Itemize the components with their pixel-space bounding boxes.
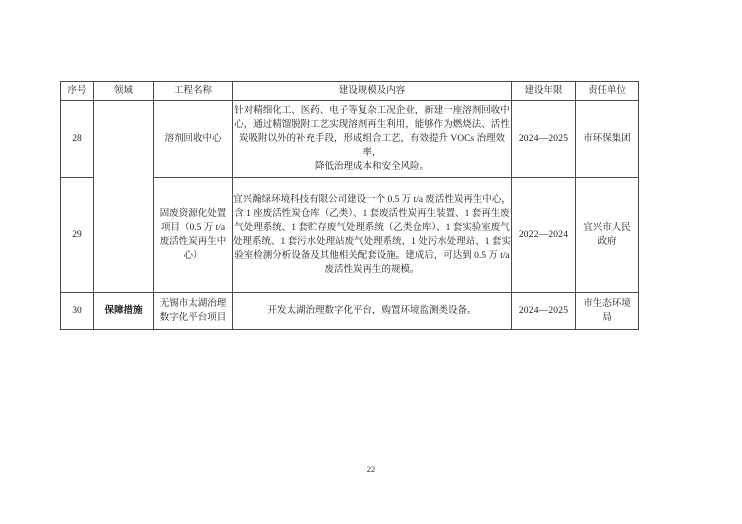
row28-field [94, 101, 154, 293]
row29-project: 固废资源化处置 项目（0.5 万 t/a 废活性炭再生中 心） [154, 178, 233, 293]
row30-field: 保障措施 [94, 293, 154, 330]
table-header-row: 序号 领域 工程名称 建设规模及内容 建设年限 责任单位 [61, 82, 639, 101]
table-row: 30 保障措施 无锡市太湖治理 数字化平台项目 开发太湖治理数字化平台，购置环境… [61, 293, 639, 330]
table-row: 28 溶剂回收中心 针对精细化工、医药、电子等复杂工况企业，新建一座溶剂回收中 … [61, 101, 639, 178]
column-header-unit: 责任单位 [576, 82, 639, 101]
row29-unit: 宜兴市人民 政府 [576, 178, 639, 293]
column-header-content: 建设规模及内容 [233, 82, 512, 101]
column-header-project: 工程名称 [154, 82, 233, 101]
page-number: 22 [0, 464, 742, 474]
row28-unit: 市环保集团 [576, 101, 639, 178]
row30-content: 开发太湖治理数字化平台，购置环境监测类设备。 [233, 293, 512, 330]
column-header-field: 领域 [94, 82, 154, 101]
column-header-years: 建设年限 [512, 82, 576, 101]
row29-no: 29 [61, 178, 94, 293]
document-page: 序号 领域 工程名称 建设规模及内容 建设年限 责任单位 28 溶剂回收中心 针… [0, 0, 742, 524]
row28-no: 28 [61, 101, 94, 178]
row30-project: 无锡市太湖治理 数字化平台项目 [154, 293, 233, 330]
row28-project: 溶剂回收中心 [154, 101, 233, 178]
column-header-no: 序号 [61, 82, 94, 101]
row28-years: 2024—2025 [512, 101, 576, 178]
row30-no: 30 [61, 293, 94, 330]
project-table: 序号 领域 工程名称 建设规模及内容 建设年限 责任单位 28 溶剂回收中心 针… [60, 81, 639, 330]
row28-content: 针对精细化工、医药、电子等复杂工况企业，新建一座溶剂回收中 心，通过精馏脱附工艺… [233, 101, 512, 178]
row30-years: 2024—2025 [512, 293, 576, 330]
row29-years: 2022—2024 [512, 178, 576, 293]
row30-unit: 市生态环境 局 [576, 293, 639, 330]
row29-content: 宜兴瀚绿环境科技有限公司建设一个 0.5 万 t/a 废活性炭再生中心， 含 1… [233, 178, 512, 293]
